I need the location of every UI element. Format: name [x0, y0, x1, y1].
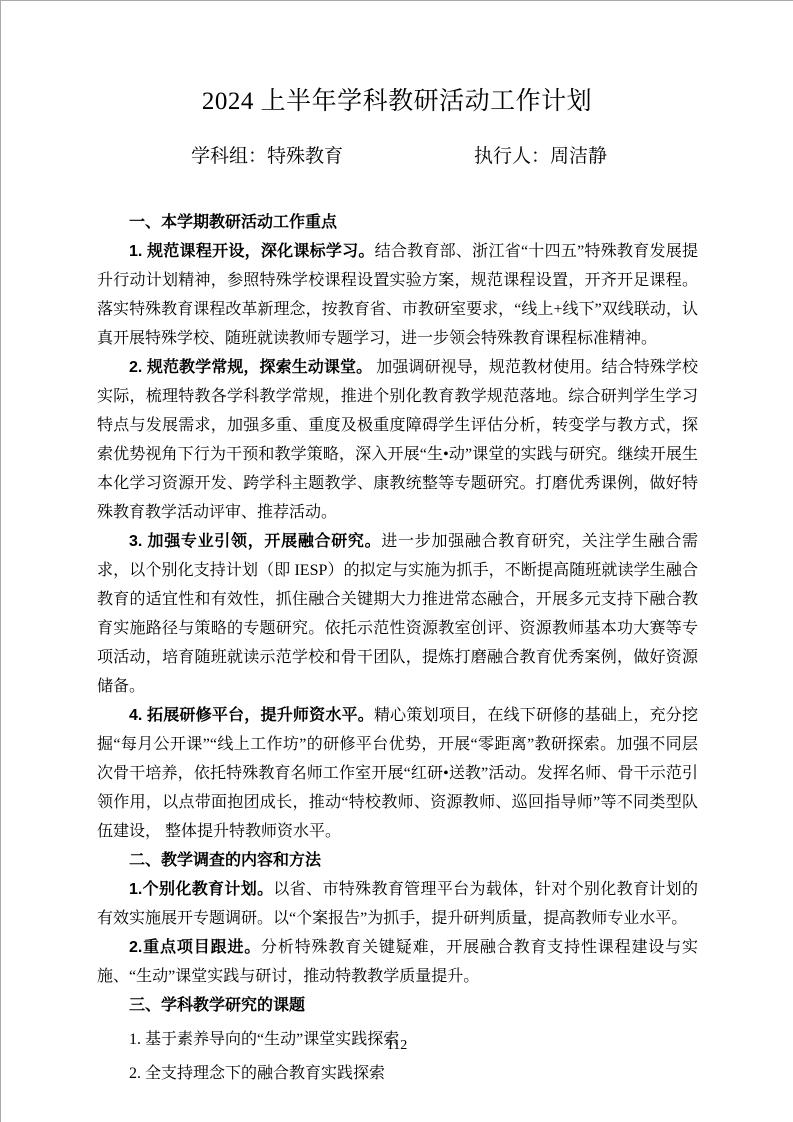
paragraph: 1. 规范课程开设，深化课标学习。结合教育部、浙江省“十四五”特殊教育发展提升行… [97, 237, 698, 353]
executor-label: 执行人：周洁静 [474, 146, 607, 167]
subject-group-label: 学科组：特殊教育 [191, 146, 343, 167]
document-meta: 学科组：特殊教育执行人：周洁静 [191, 145, 793, 169]
paragraph: 2. 规范教学常规，探索生动课堂。 加强调研视导，规范教材使用。结合特殊学校实际… [97, 353, 698, 527]
paragraph: 2.重点项目跟进。分析特殊教育关键疑难，开展融合教育支持性课程建设与实施、“生动… [97, 933, 698, 991]
section-heading-2: 二、教学调查的内容和方法 [97, 846, 698, 875]
document-page: 2024 上半年学科教研活动工作计划 学科组：特殊教育执行人：周洁静 一、本学期… [0, 0, 793, 1122]
paragraph-body: 加强调研视导，规范教材使用。结合特殊学校实际，梳理特教各学科教学常规，推进个别化… [97, 359, 698, 521]
paragraph-lead: 4. 拓展研修平台，提升师资水平。 [129, 707, 374, 724]
paragraph-lead: 1. 规范课程开设，深化课标学习。 [129, 243, 375, 260]
paragraph: 1.个别化教育计划。以省、市特殊教育管理平台为载体，针对个别化教育计划的有效实施… [97, 875, 698, 933]
paragraph-lead: 1.个别化教育计划。 [129, 881, 273, 898]
page-number: 112 [1, 1038, 793, 1054]
paragraph-lead: 3. 加强专业引领，开展融合研究。 [129, 533, 381, 550]
document-body: 一、本学期教研活动工作重点 1. 规范课程开设，深化课标学习。结合教育部、浙江省… [97, 208, 698, 1088]
research-topic-item: 2. 全支持理念下的融合教育实践探索 [97, 1059, 698, 1088]
paragraph-lead: 2. 规范教学常规，探索生动课堂。 [129, 359, 372, 376]
section-heading-3: 三、学科教学研究的课题 [97, 991, 698, 1020]
section-heading-1: 一、本学期教研活动工作重点 [97, 208, 698, 237]
paragraph-body: 精心策划项目，在线下研修的基础上，充分挖掘“每月公开课”“线上工作坊”的研修平台… [97, 707, 698, 840]
paragraph-body: 进一步加强融合教育研究，关注学生融合需求，以个别化支持计划（即 IESP）的拟定… [97, 533, 698, 695]
paragraph: 4. 拓展研修平台，提升师资水平。精心策划项目，在线下研修的基础上，充分挖掘“每… [97, 701, 698, 846]
document-title: 2024 上半年学科教研活动工作计划 [1, 85, 793, 119]
paragraph: 3. 加强专业引领，开展融合研究。进一步加强融合教育研究，关注学生融合需求，以个… [97, 527, 698, 701]
paragraph-lead: 2.重点项目跟进。 [129, 939, 261, 956]
